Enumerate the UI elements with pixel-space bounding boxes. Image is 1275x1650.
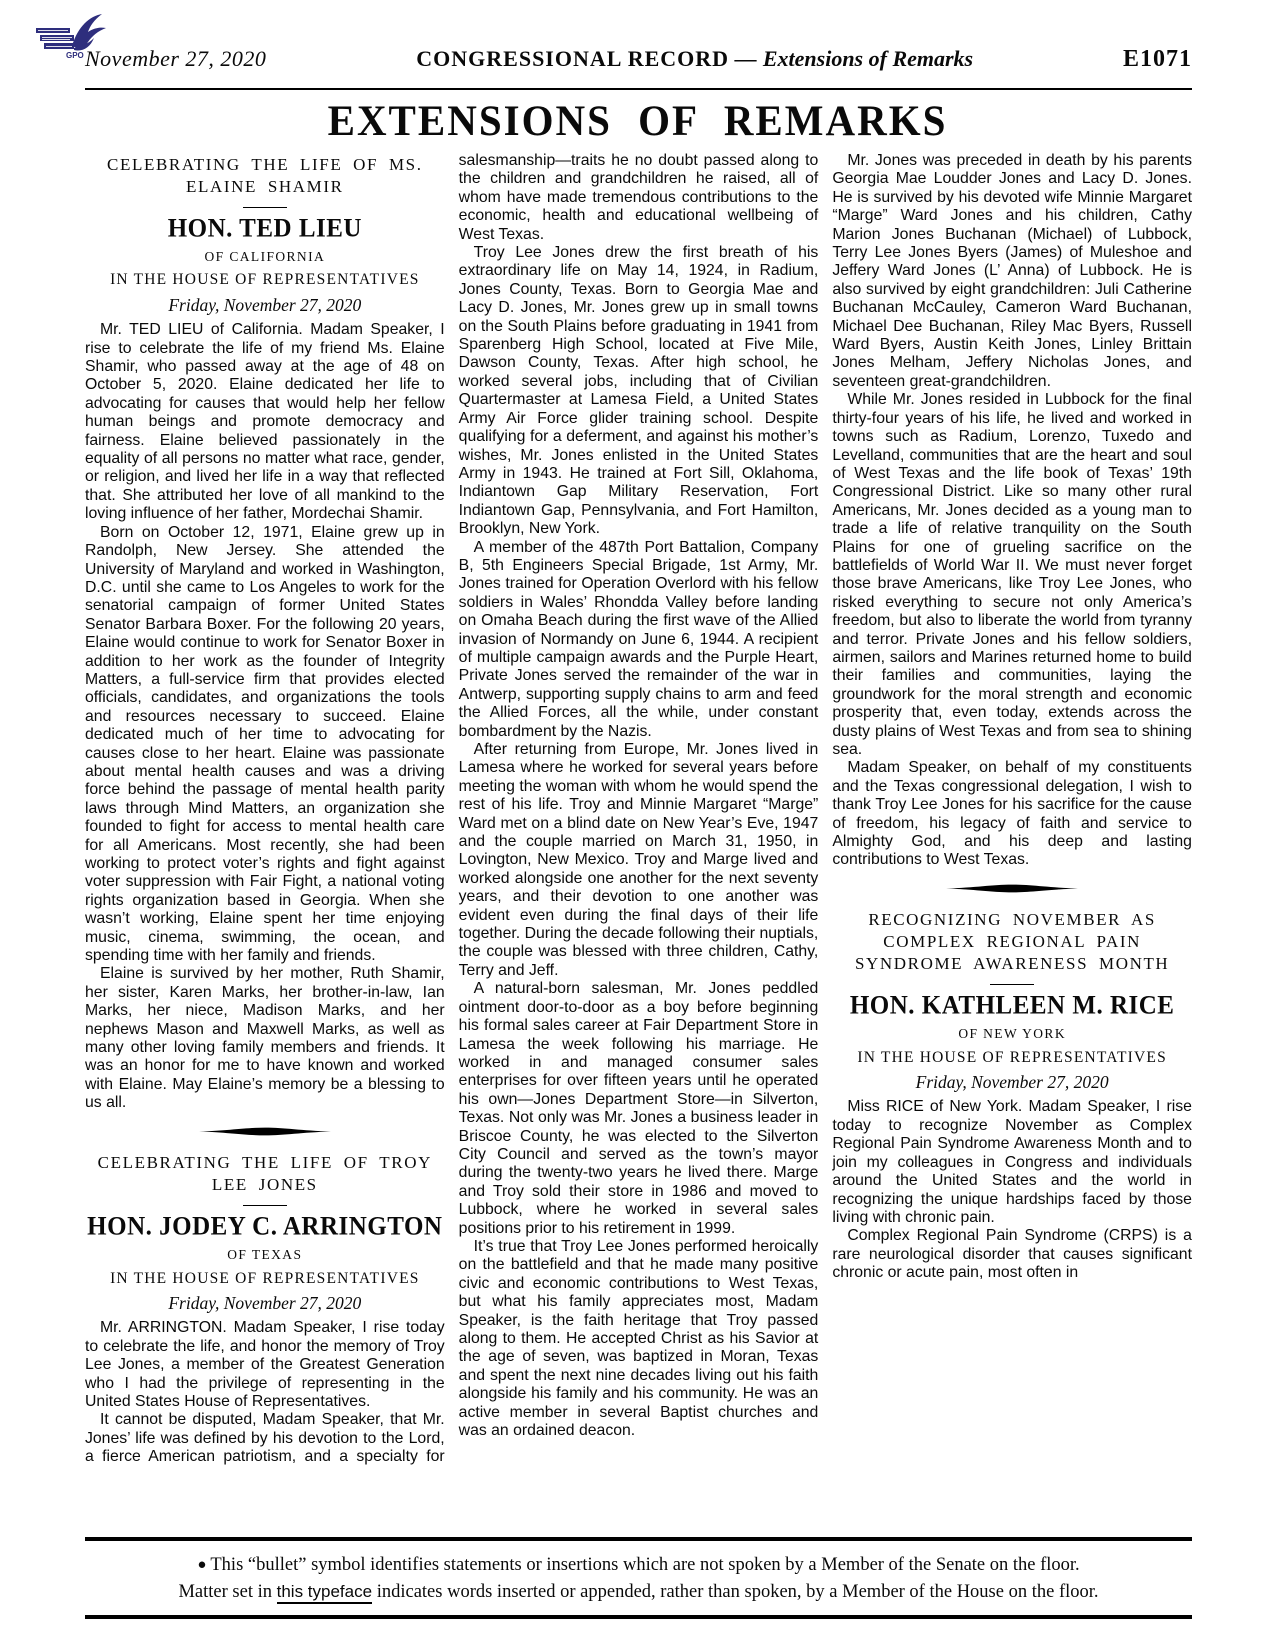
masthead: CONGRESSIONAL RECORD — Extensions of Rem… (416, 46, 973, 72)
article-chamber: IN THE HOUSE OF REPRESENTATIVES (832, 1049, 1192, 1067)
svg-text:GPO: GPO (66, 51, 84, 60)
article-header: CELEBRATING THE LIFE OF MS. ELAINE SHAMI… (85, 154, 445, 314)
section-divider-icon (85, 1113, 445, 1150)
article-speaker-state: OF NEW YORK (832, 1025, 1192, 1043)
article-speaker-state: OF TEXAS (85, 1246, 445, 1264)
article-speaker-name: HON. TED LIEU (85, 214, 445, 242)
article-body: Mr. TED LIEU of California. Madam Speake… (85, 321, 445, 1112)
footer-note-senate: ●This “bullet” symbol identifies stateme… (85, 1541, 1192, 1576)
footer-bottom-rule (85, 1615, 1192, 1619)
article-paragraph: Madam Speaker, on behalf of my constitue… (832, 759, 1192, 869)
articles-flow: CELEBRATING THE LIFE OF MS. ELAINE SHAMI… (85, 152, 1192, 1470)
footer-note-house-suffix: indicates words inserted or appended, ra… (372, 1582, 1098, 1602)
article-speaker-name: HON. JODEY C. ARRINGTON (85, 1212, 445, 1240)
title-rule (243, 1205, 287, 1206)
footer-note-house-prefix: Matter set in (178, 1582, 276, 1602)
article-date: Friday, November 27, 2020 (85, 296, 445, 314)
article: CELEBRATING THE LIFE OF MS. ELAINE SHAMI… (85, 154, 445, 1113)
issue-date: November 27, 2020 (85, 46, 266, 72)
article-paragraph: A member of the 487th Port Battalion, Co… (459, 539, 819, 741)
page-number: E1071 (1123, 46, 1192, 73)
article: RECOGNIZING NOVEMBER AS COMPLEX REGIONAL… (832, 909, 1192, 1282)
article-chamber: IN THE HOUSE OF REPRESENTATIVES (85, 1270, 445, 1288)
masthead-section: Extensions of Remarks (763, 46, 973, 71)
article-speaker-state: OF CALIFORNIA (85, 248, 445, 266)
article-paragraph: Elaine is survived by her mother, Ruth S… (85, 965, 445, 1112)
running-head: November 27, 2020 CONGRESSIONAL RECORD —… (85, 46, 1192, 73)
header-rule (85, 88, 1192, 90)
page-title: EXTENSIONS OF REMARKS (0, 95, 1275, 146)
article-paragraph: It’s true that Troy Lee Jones performed … (459, 1238, 819, 1440)
page-footer: ●This “bullet” symbol identifies stateme… (85, 1537, 1192, 1619)
article-title: CELEBRATING THE LIFE OF MS. ELAINE SHAMI… (91, 154, 439, 198)
article-paragraph: Troy Lee Jones drew the first breath of … (459, 244, 819, 539)
article-paragraph: A natural-born salesman, Mr. Jones peddl… (459, 980, 819, 1238)
article-paragraph: After returning from Europe, Mr. Jones l… (459, 741, 819, 980)
article-title: RECOGNIZING NOVEMBER AS COMPLEX REGIONAL… (838, 909, 1186, 975)
article-speaker-name: HON. KATHLEEN M. RICE (832, 992, 1192, 1020)
footer-note-house: Matter set in this typeface indicates wo… (85, 1576, 1192, 1615)
section-divider-icon (832, 870, 1192, 907)
article-paragraph: Mr. ARRINGTON. Madam Speaker, I rise tod… (85, 1319, 445, 1411)
title-rule (243, 207, 287, 208)
article-paragraph: Born on October 12, 1971, Elaine grew up… (85, 524, 445, 966)
footer-typeface-sample: this typeface (277, 1582, 372, 1604)
masthead-separator: — (734, 46, 757, 71)
title-rule (990, 984, 1034, 985)
article-body: Miss RICE of New York. Madam Speaker, I … (832, 1098, 1192, 1282)
bullet-icon: ● (197, 1557, 210, 1573)
article-paragraph: Mr. Jones was preceded in death by his p… (832, 152, 1192, 391)
article-paragraph: Miss RICE of New York. Madam Speaker, I … (832, 1098, 1192, 1227)
article-paragraph: Mr. TED LIEU of California. Madam Speake… (85, 321, 445, 523)
article-paragraph: Complex Regional Pain Syndrome (CRPS) is… (832, 1227, 1192, 1282)
article-chamber: IN THE HOUSE OF REPRESENTATIVES (85, 271, 445, 289)
article-title: CELEBRATING THE LIFE OF TROY LEE JONES (91, 1152, 439, 1196)
article-date: Friday, November 27, 2020 (85, 1294, 445, 1312)
masthead-title: CONGRESSIONAL RECORD (416, 46, 729, 71)
article-header: RECOGNIZING NOVEMBER AS COMPLEX REGIONAL… (832, 909, 1192, 1091)
article-paragraph: While Mr. Jones resided in Lubbock for t… (832, 391, 1192, 759)
article-header: CELEBRATING THE LIFE OF TROY LEE JONES H… (85, 1152, 445, 1312)
article-date: Friday, November 27, 2020 (832, 1073, 1192, 1091)
congressional-record-page: GPO November 27, 2020 CONGRESSIONAL RECO… (0, 0, 1275, 1650)
footer-note-senate-text: This “bullet” symbol identifies statemen… (210, 1555, 1079, 1575)
